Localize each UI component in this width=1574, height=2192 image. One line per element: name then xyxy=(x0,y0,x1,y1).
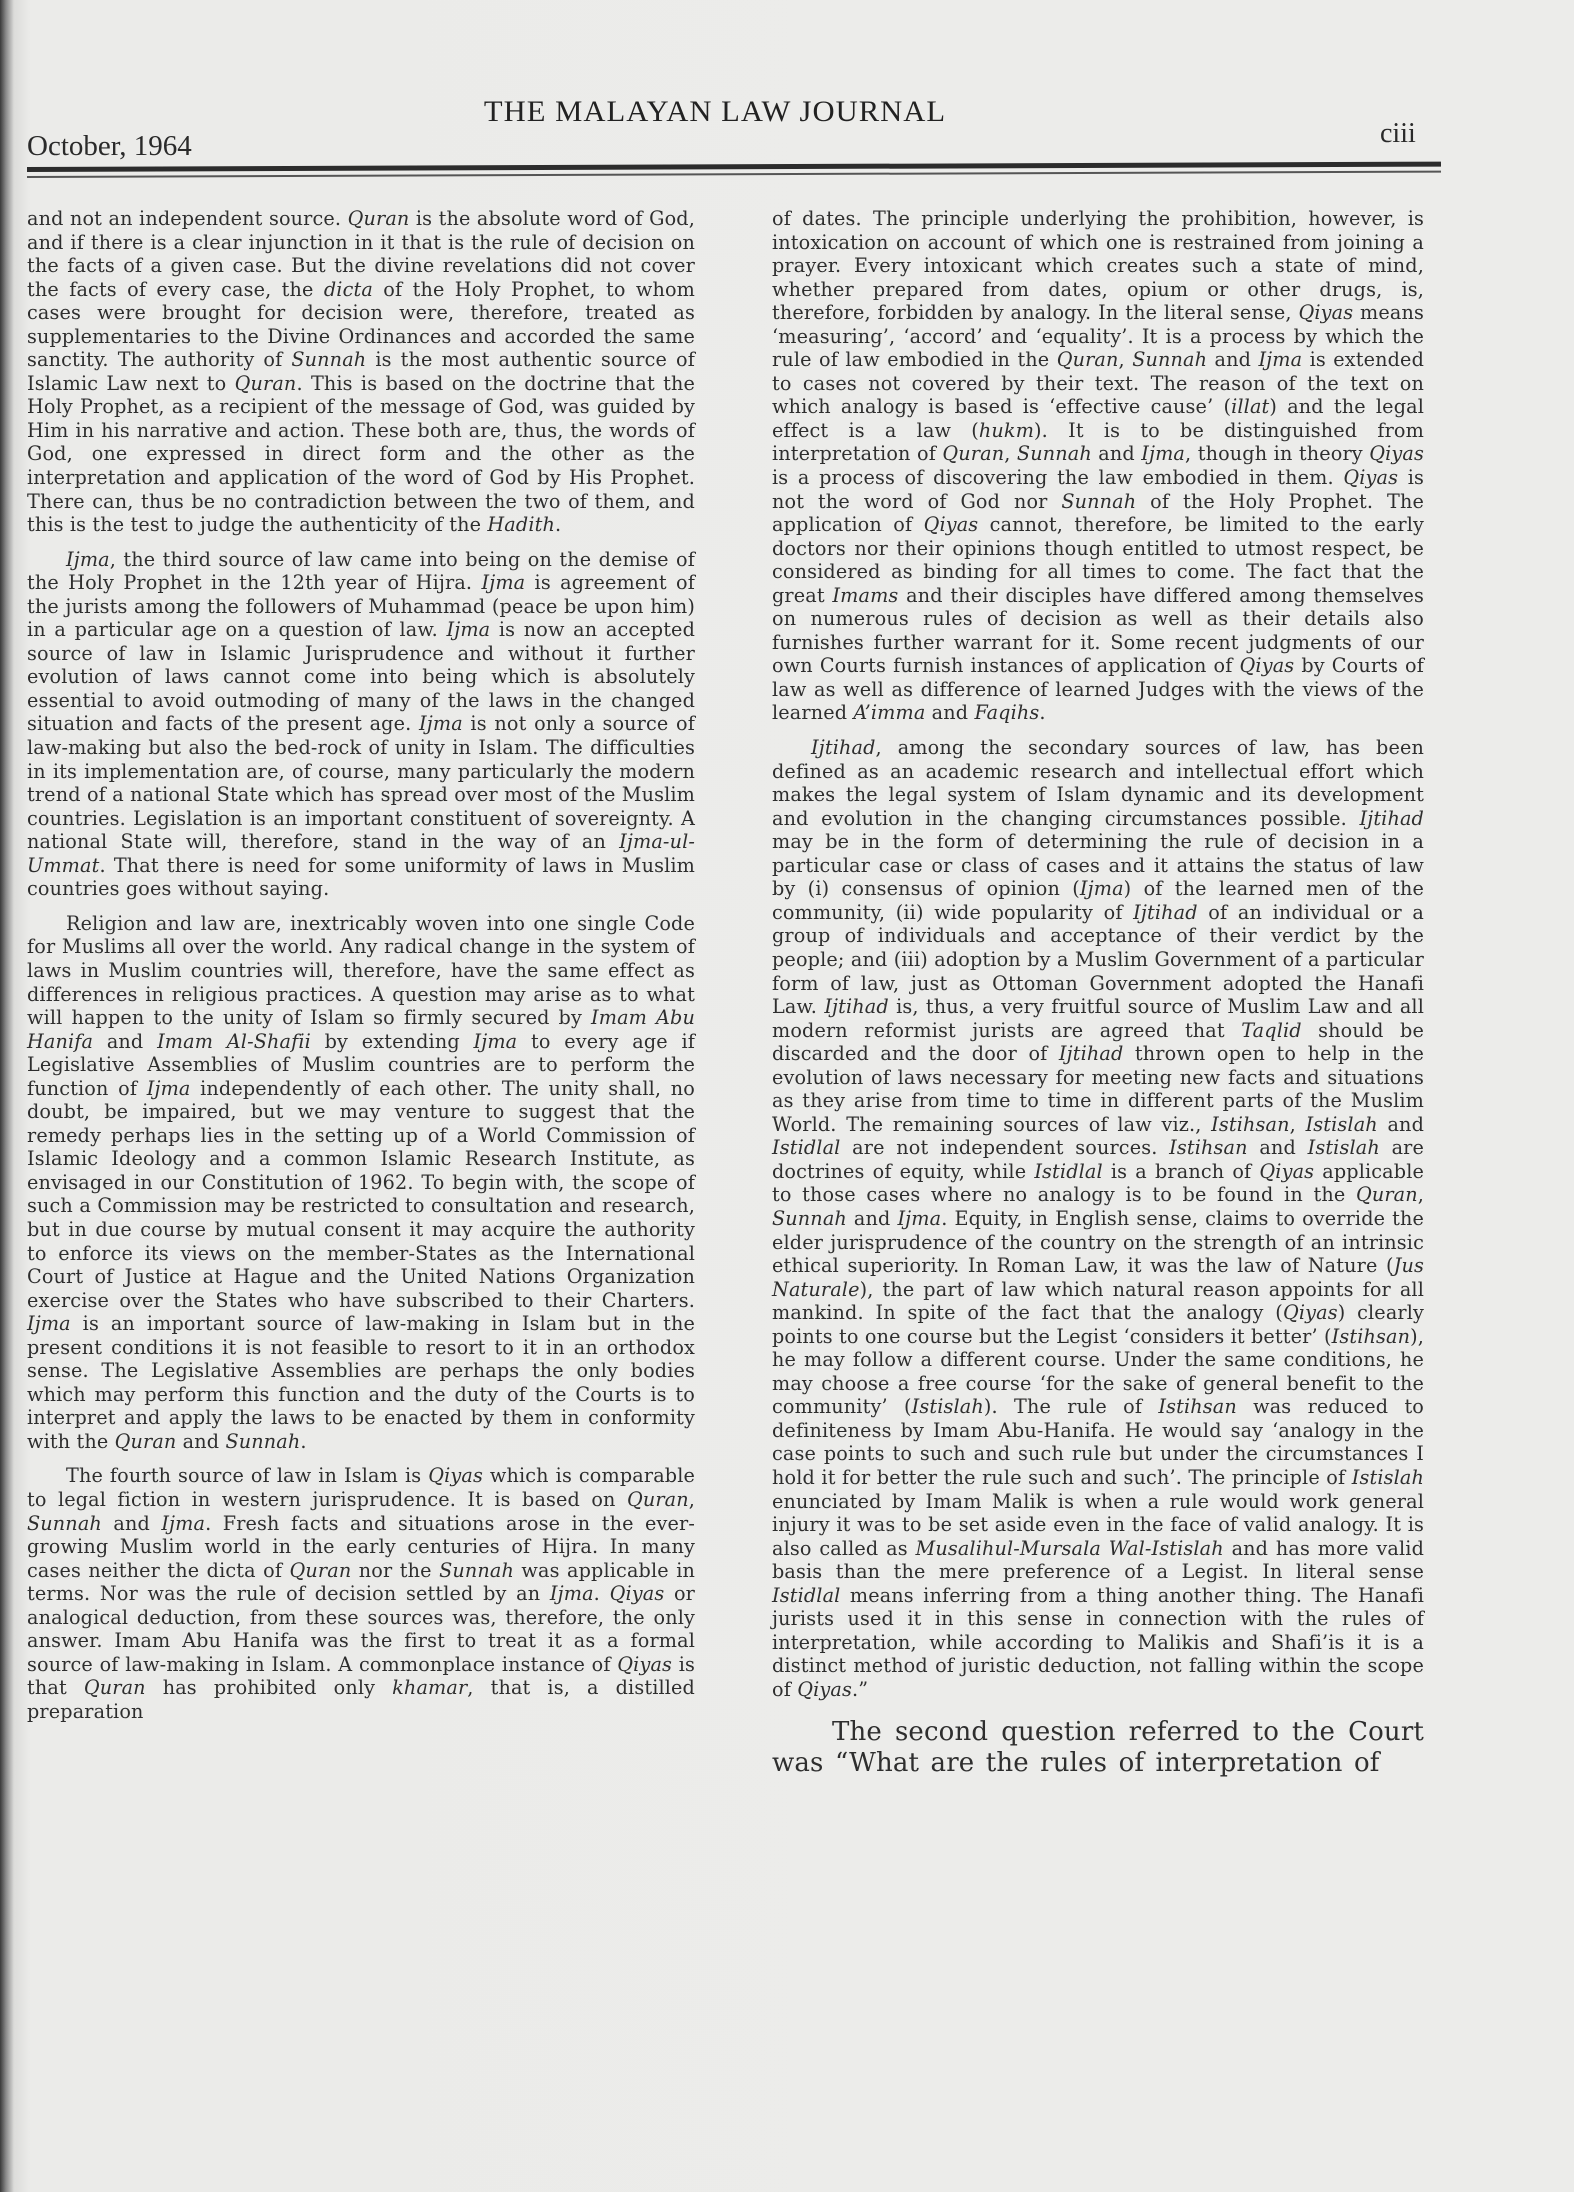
italic-term: Qiyas xyxy=(1240,654,1295,677)
italic-term: Qiyas xyxy=(1259,1160,1314,1183)
italic-term: Ijma xyxy=(447,618,491,641)
italic-term: Ijtihad xyxy=(824,995,889,1018)
italic-term: Istihsan xyxy=(1332,1325,1410,1348)
text-run: is a process of discovering the law embo… xyxy=(772,466,1343,489)
text-run: and xyxy=(176,1430,225,1453)
header-rule-thin xyxy=(27,171,1441,178)
italic-term: Ijma xyxy=(1080,877,1124,900)
italic-term: Ijtihad xyxy=(1059,1042,1124,1065)
italic-term: Ijtihad xyxy=(1359,807,1424,830)
journal-title: THE MALAYAN LAW JOURNAL xyxy=(0,95,1444,129)
text-run: is a branch of xyxy=(1103,1160,1260,1183)
italic-term: Sunnah xyxy=(439,1559,514,1582)
italic-term: Qiyas xyxy=(1343,466,1398,489)
text-run: . xyxy=(594,1582,610,1605)
italic-term: Qiyas xyxy=(617,1653,672,1676)
text-run: and xyxy=(847,1207,898,1230)
italic-term: Sunnah xyxy=(1132,348,1207,371)
italic-term: Qiyas xyxy=(1283,1301,1338,1324)
text-run: and xyxy=(1207,348,1258,371)
italic-term: Ijma xyxy=(147,1077,191,1100)
text-run: by extending xyxy=(311,1030,474,1053)
italic-term: Istislah xyxy=(1352,1466,1424,1489)
page-number: ciii xyxy=(1380,118,1416,150)
text-run: independently of each other. The unity s… xyxy=(27,1077,695,1312)
body-paragraph: The second question referred to the Cour… xyxy=(772,1717,1424,1779)
italic-term: Ijma xyxy=(66,548,110,571)
body-paragraph: The fourth source of law in Islam is Qiy… xyxy=(27,1464,695,1723)
text-run: are not independent sources. xyxy=(840,1136,1169,1159)
text-run: , xyxy=(1119,348,1133,371)
italic-term: Quran xyxy=(115,1430,177,1453)
italic-term: Istislah xyxy=(1308,1136,1380,1159)
body-paragraph: Religion and law are, inextricably woven… xyxy=(27,912,695,1454)
italic-term: Ijma xyxy=(419,712,463,735)
italic-term: Ijma xyxy=(1141,442,1185,465)
italic-term: Quran xyxy=(235,372,297,395)
italic-term: Istislah xyxy=(1306,1113,1378,1136)
italic-term: Istidlal xyxy=(1034,1160,1102,1183)
italic-term: Imam Al-Shafii xyxy=(157,1030,311,1053)
italic-term: Qiyas xyxy=(924,513,979,536)
italic-term: Quran xyxy=(1356,1183,1418,1206)
left-column: and not an independent source. Quran is … xyxy=(27,207,695,1734)
italic-term: khamar xyxy=(392,1676,467,1699)
italic-term: Ijma xyxy=(27,1312,71,1335)
text-run: and xyxy=(925,701,974,724)
italic-term: Ijma xyxy=(1258,348,1302,371)
italic-term: Qiyas xyxy=(610,1582,665,1605)
italic-term: Taqlid xyxy=(1241,1019,1302,1042)
body-paragraph: Ijma, the third source of law came into … xyxy=(27,548,695,901)
text-run: , though in theory xyxy=(1185,442,1369,465)
text-run: ). The rule of xyxy=(984,1395,1159,1418)
italic-term: A’imma xyxy=(853,701,925,724)
body-paragraph: of dates. The principle underlying the p… xyxy=(772,207,1424,725)
italic-term: Ijtihad xyxy=(1133,901,1198,924)
text-run: . That there is need for some uniformity… xyxy=(27,854,695,901)
italic-term: Qiyas xyxy=(797,1678,852,1701)
text-run: and xyxy=(1248,1136,1308,1159)
text-run: and not an independent source. xyxy=(27,207,348,230)
italic-term: Quran xyxy=(348,207,410,230)
journal-page: THE MALAYAN LAW JOURNAL October, 1964 ci… xyxy=(0,0,1574,2192)
italic-term: Istidlal xyxy=(772,1584,840,1607)
text-run: and xyxy=(1378,1113,1424,1136)
italic-term: Qiyas xyxy=(1298,301,1353,324)
italic-term: Faqihs xyxy=(974,701,1039,724)
text-run: , xyxy=(1004,442,1017,465)
italic-term: Sunnah xyxy=(1061,490,1136,513)
italic-term: Quran xyxy=(942,442,1004,465)
text-run: . xyxy=(1039,701,1045,724)
text-run: The fourth source of law in Islam is xyxy=(66,1464,428,1487)
body-paragraph: and not an independent source. Quran is … xyxy=(27,207,695,537)
italic-term: Istihsan xyxy=(1211,1113,1289,1136)
italic-term: Istihsan xyxy=(1158,1395,1236,1418)
text-run: has prohibited only xyxy=(146,1676,392,1699)
text-run: , xyxy=(689,1488,695,1511)
text-run: , xyxy=(1290,1113,1306,1136)
italic-term: Ijma xyxy=(473,1030,517,1053)
text-run: . xyxy=(300,1430,306,1453)
italic-term: Qiyas xyxy=(1369,442,1424,465)
italic-term: Istihsan xyxy=(1169,1136,1247,1159)
italic-term: Sunnah xyxy=(1017,442,1092,465)
text-run: and xyxy=(93,1030,157,1053)
italic-term: Ijtihad xyxy=(811,736,876,759)
italic-term: Quran xyxy=(627,1488,689,1511)
italic-term: Ijma xyxy=(161,1512,205,1535)
italic-term: hukm xyxy=(979,419,1034,442)
italic-term: Sunnah xyxy=(225,1430,300,1453)
issue-date: October, 1964 xyxy=(27,130,192,163)
italic-term: Ijma xyxy=(897,1207,941,1230)
italic-term: Hadith xyxy=(487,513,555,536)
italic-term: Imams xyxy=(832,584,898,607)
italic-term: Istidlal xyxy=(772,1136,840,1159)
text-run: and xyxy=(102,1512,161,1535)
italic-term: Musalihul-Mursala Wal-Istislah xyxy=(916,1537,1224,1560)
italic-term: Quran xyxy=(1057,348,1119,371)
text-run: and xyxy=(1092,442,1141,465)
text-run: , xyxy=(1418,1183,1424,1206)
text-run: . xyxy=(555,513,561,536)
italic-term: Istislah xyxy=(912,1395,984,1418)
italic-term: Ijma xyxy=(550,1582,594,1605)
italic-term: dicta xyxy=(324,278,373,301)
italic-term: Quran xyxy=(84,1676,146,1699)
italic-term: Ijma xyxy=(481,571,525,594)
text-run: .” xyxy=(852,1678,868,1701)
text-run: . This is based on the doctrine that the… xyxy=(27,372,695,536)
text-run: nor the xyxy=(351,1559,439,1582)
body-paragraph: Ijtihad, among the secondary sources of … xyxy=(772,736,1424,1701)
italic-term: Sunnah xyxy=(291,348,366,371)
italic-term: illat xyxy=(1231,395,1269,418)
right-column: of dates. The principle underlying the p… xyxy=(772,207,1424,1790)
italic-term: Quran xyxy=(290,1559,352,1582)
italic-term: Qiyas xyxy=(428,1464,483,1487)
italic-term: Sunnah xyxy=(27,1512,102,1535)
italic-term: Sunnah xyxy=(772,1207,847,1230)
text-run: means inferring from a thing another thi… xyxy=(772,1584,1424,1701)
text-run: The second question referred to the Cour… xyxy=(772,1717,1424,1778)
